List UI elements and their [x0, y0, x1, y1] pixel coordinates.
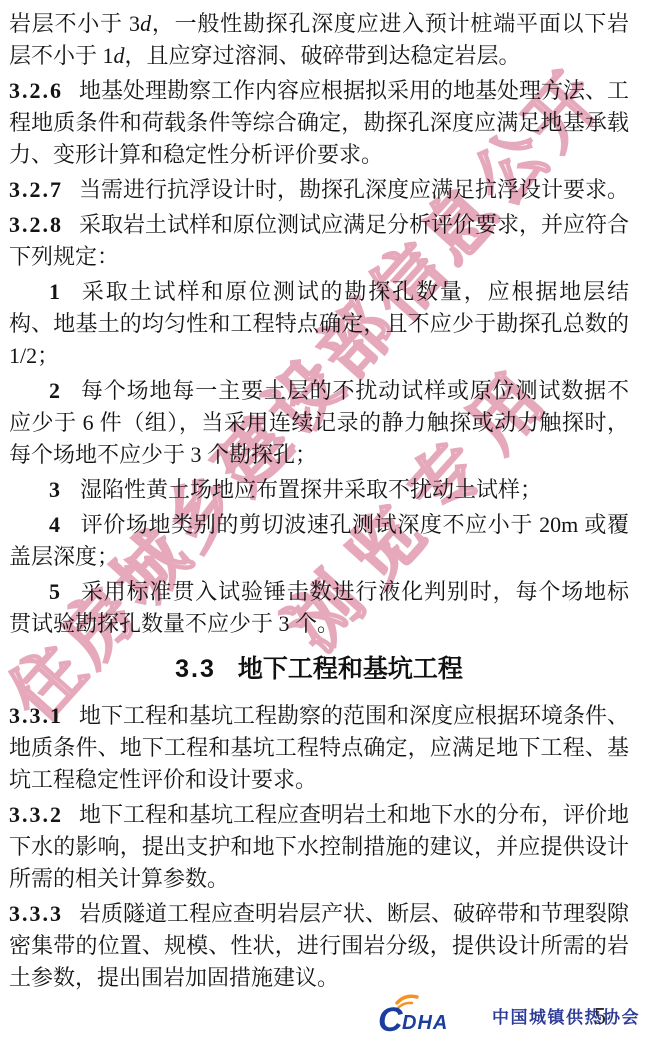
clause-3-3-1: 3.3.1地下工程和基坑工程勘察的范围和深度应根据环境条件、地质条件、地下工程和… — [9, 700, 629, 796]
item-text: 采用标准贯入试验锤击数进行液化判别时，每个场地标贯试验勘探孔数量不应少于 3 个… — [9, 579, 629, 636]
list-item-4: 4评价场地类别的剪切波速孔测试深度不应小于 20m 或覆盖层深度； — [9, 509, 629, 573]
item-number: 2 — [49, 378, 60, 403]
clause-number: 3.2.6 — [9, 78, 63, 103]
clause-text: 地基处理勘察工作内容应根据拟采用的地基处理方法、工程地质条件和荷载条件等综合确定… — [9, 78, 629, 167]
cdha-logo-icon: C DHA — [375, 993, 485, 1037]
variable-d: d — [140, 11, 151, 36]
item-number: 1 — [49, 279, 60, 304]
clause-number: 3.3.2 — [9, 802, 63, 827]
item-number: 5 — [49, 579, 60, 604]
document-content: 岩层不小于 3d，一般性勘探孔深度应进入预计桩端平面以下岩层不小于 1d，且应穿… — [9, 8, 629, 994]
item-number: 4 — [49, 512, 60, 537]
variable-d: d — [114, 43, 125, 68]
item-text: 评价场地类别的剪切波速孔测试深度不应小于 20m 或覆盖层深度； — [9, 512, 629, 569]
clause-number: 3.3.1 — [9, 703, 63, 728]
clause-3-2-8: 3.2.8采取岩土试样和原位测试应满足分析评价要求，并应符合下列规定： — [9, 209, 629, 273]
clause-text: 地下工程和基坑工程勘察的范围和深度应根据环境条件、地质条件、地下工程和基坑工程特… — [9, 703, 629, 792]
clause-number: 3.3.3 — [9, 901, 63, 926]
paragraph-continuation: 岩层不小于 3d，一般性勘探孔深度应进入预计桩端平面以下岩层不小于 1d，且应穿… — [9, 8, 629, 72]
list-item-1: 1采取土试样和原位测试的勘探孔数量，应根据地层结构、地基土的均匀性和工程特点确定… — [9, 276, 629, 372]
page-number: 5 — [594, 1004, 606, 1031]
document-page: 住房城乡建设部信息公开 浏览专用 岩层不小于 3d，一般性勘探孔深度应进入预计桩… — [0, 0, 649, 1041]
clause-3-3-2: 3.3.2地下工程和基坑工程应查明岩土和地下水的分布，评价地下水的影响，提出支护… — [9, 799, 629, 895]
item-text: 每个场地每一主要土层的不扰动试样或原位测试数据不应少于 6 件（组），当采用连续… — [9, 378, 629, 467]
association-name: 中国城镇供热协会 — [492, 1003, 640, 1028]
item-text: 湿陷性黄土场地应布置探井采取不扰动土试样； — [80, 477, 542, 502]
intro-text-pre: 岩层不小于 3 — [9, 11, 140, 36]
clause-3-2-6: 3.2.6地基处理勘察工作内容应根据拟采用的地基处理方法、工程地质条件和荷载条件… — [9, 75, 629, 171]
logo-letter-c: C — [378, 1001, 403, 1037]
list-item-5: 5采用标准贯入试验锤击数进行液化判别时，每个场地标贯试验勘探孔数量不应少于 3 … — [9, 576, 629, 640]
clause-3-2-7: 3.2.7当需进行抗浮设计时，勘探孔深度应满足抗浮设计要求。 — [9, 174, 629, 206]
clause-text: 采取岩土试样和原位测试应满足分析评价要求，并应符合下列规定： — [9, 212, 629, 269]
clause-text: 当需进行抗浮设计时，勘探孔深度应满足抗浮设计要求。 — [79, 177, 629, 202]
clause-number: 3.2.7 — [9, 177, 63, 202]
clause-number: 3.2.8 — [9, 212, 63, 237]
list-item-2: 2每个场地每一主要土层的不扰动试样或原位测试数据不应少于 6 件（组），当采用连… — [9, 375, 629, 471]
section-number: 3.3 — [175, 655, 216, 683]
section-heading: 3.3地下工程和基坑工程 — [9, 652, 629, 686]
list-item-3: 3湿陷性黄土场地应布置探井采取不扰动土试样； — [9, 474, 629, 506]
clause-3-3-3: 3.3.3岩质隧道工程应查明岩层产状、断层、破碎带和节理裂隙密集带的位置、规模、… — [9, 898, 629, 994]
clause-text: 地下工程和基坑工程应查明岩土和地下水的分布，评价地下水的影响，提出支护和地下水控… — [9, 802, 629, 891]
section-title: 地下工程和基坑工程 — [238, 655, 463, 683]
clause-text: 岩质隧道工程应查明岩层产状、断层、破碎带和节理裂隙密集带的位置、规模、性状，进行… — [9, 901, 629, 990]
intro-text-end: ，且应穿过溶洞、破碎带到达稳定岩层。 — [125, 43, 521, 68]
logo-letters-dha: DHA — [402, 1012, 448, 1034]
item-text: 采取土试样和原位测试的勘探孔数量，应根据地层结构、地基土的均匀性和工程特点确定，… — [9, 279, 629, 368]
item-number: 3 — [49, 477, 60, 502]
